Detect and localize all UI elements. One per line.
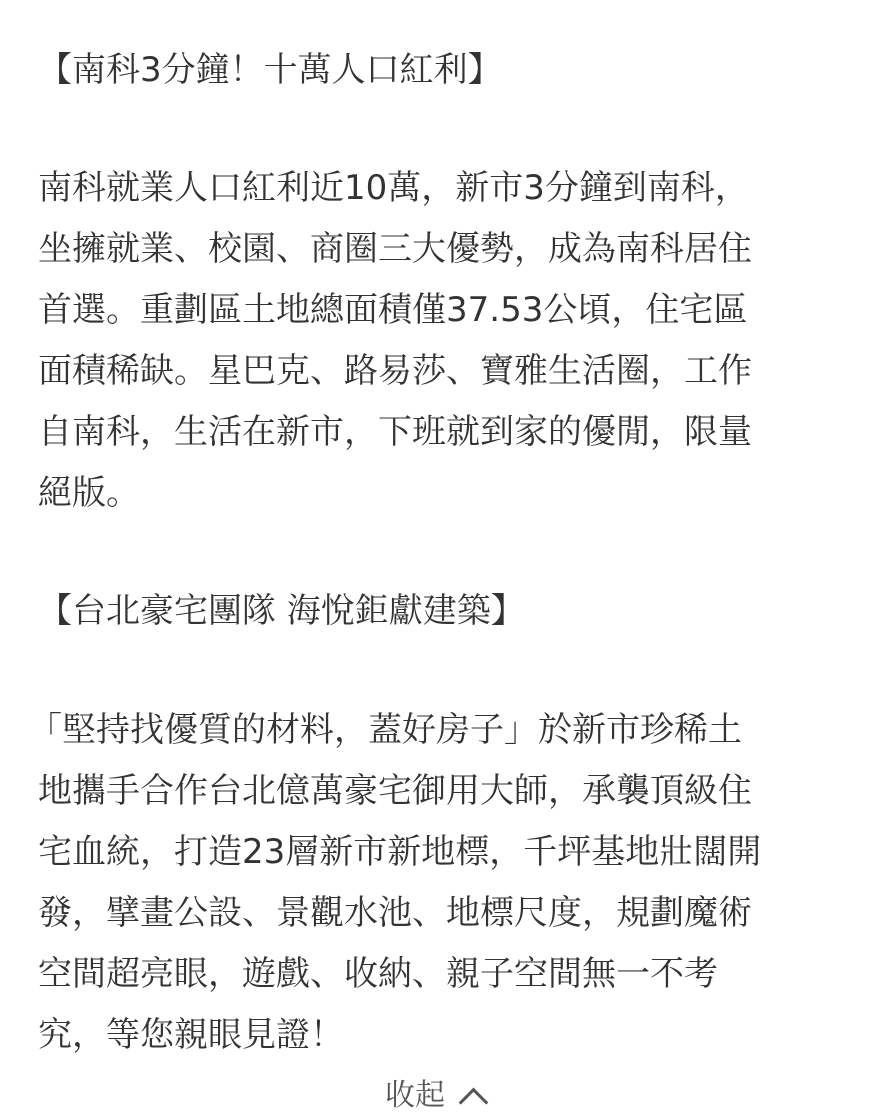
paragraph-line: 絕版。 [38,463,838,524]
paragraph-line: 發，擘畫公設、景觀水池、地標尺度，規劃魔術 [38,883,838,944]
section-heading-team: 【台北豪宅團隊 海悅鉅獻建築】 [38,591,525,631]
collapse-button[interactable]: 收起 [0,1078,869,1114]
paragraph-line: 首選。重劃區土地總面積僅37.53公頃，住宅區 [38,280,838,341]
paragraph-line: 南科就業人口紅利近10萬，新市3分鐘到南科， [38,158,838,219]
paragraph-line: 自南科，生活在新市，下班就到家的優閒，限量 [38,402,838,463]
paragraph-line: 宅血統，打造23層新市新地標，千坪基地壯闊開 [38,822,838,883]
paragraph-line: 空間超亮眼，遊戲、收納、親子空間無一不考 [38,944,838,1005]
paragraph-line: 坐擁就業、校園、商圈三大優勢，成為南科居住 [38,219,838,280]
chevron-up-icon [459,1088,489,1114]
section-heading-nanke: 【南科3分鐘！十萬人口紅利】 [38,50,502,90]
paragraph-line: 面積稀缺。星巴克、路易莎、寶雅生活圈，工作 [38,341,838,402]
collapse-label: 收起 [385,1078,445,1113]
paragraph-line: 地攜手合作台北億萬豪宅御用大師，承襲頂級住 [38,761,838,822]
section-paragraph-team: 「堅持找優質的材料，蓋好房子」於新市珍稀土 地攜手合作台北億萬豪宅御用大師，承襲… [38,700,838,1066]
section-paragraph-nanke: 南科就業人口紅利近10萬，新市3分鐘到南科， 坐擁就業、校園、商圈三大優勢，成為… [38,158,838,524]
paragraph-line: 究，等您親眼見證！ [38,1005,838,1066]
paragraph-line: 「堅持找優質的材料，蓋好房子」於新市珍稀土 [28,700,838,761]
